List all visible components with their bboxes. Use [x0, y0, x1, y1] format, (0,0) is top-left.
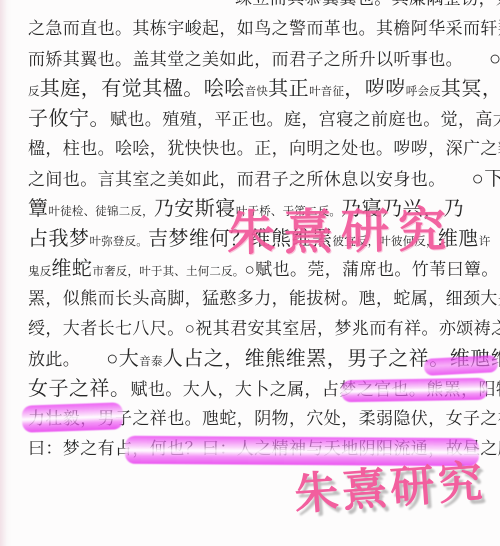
text-line: 放此。○大音泰人占之，维熊维罴，男子之祥。维虺维蛇，	[28, 344, 498, 374]
text-line: 子攸宁。赋也。殖殖，平正也。庭，宫寝之前庭也。觉，高大而直也。	[28, 104, 498, 134]
text-lines: 竦立而其恭翼翼也。其廉隅整饬，如矢之急而直也。其栋宇峻起，如鸟之警而革也。其檐阿…	[28, 0, 498, 464]
text-segment: ○下莞	[472, 168, 500, 190]
text-segment: 罴，似熊而长头高脚，猛憨多力，能拔树。虺，蛇属，细颈大头，色如文	[28, 289, 500, 308]
text-line: 绶，大者长七八尺。○祝其君安其室居，梦兆而有祥。亦颂祷之词也。下章	[28, 314, 498, 344]
phonetic-annotation: 呼会反	[406, 86, 441, 98]
phonetic-annotation: 许	[479, 236, 491, 248]
text-segment: 之急而直也。其栋宇峻起，如鸟之警而革也。其檐阿华采而轩翔，如翚之飞	[28, 19, 500, 38]
text-line: 鬼反维蛇市奢反，叶于其、土何二反。○赋也。莞，蒲席也。竹苇曰簟。	[28, 254, 498, 284]
text-segment: 力壮毅，男子之祥也。虺蛇，阴物，穴处，柔弱隐伏，女子之祥也。○或	[28, 409, 500, 428]
text-segment: 簟	[28, 198, 49, 220]
phonetic-annotation: 音快	[245, 86, 268, 98]
phonetic-annotation: 叶音征	[309, 86, 344, 98]
text-segment: 乃寝乃兴，乃	[341, 198, 464, 220]
phonetic-annotation: 音泰	[139, 356, 162, 368]
text-segment: 曰：梦之有占，何也？曰：人之精神与天地阴阳流通，故昼之所为、夜之所	[28, 439, 500, 458]
text-line: 之急而直也。其栋宇峻起，如鸟之警而革也。其檐阿华采而轩翔，如翚之飞	[28, 14, 498, 44]
text-segment: 放此。	[28, 350, 80, 369]
page-edge-shadow	[0, 0, 12, 546]
text-segment: 维蛇	[51, 258, 92, 280]
text-segment: 维虺	[438, 228, 479, 250]
text-line: 竦立而其恭翼翼也。其廉隅整饬，如矢	[28, 0, 498, 14]
text-line: 曰：梦之有占，何也？曰：人之精神与天地阴阳流通，故昼之所为、夜之所	[28, 434, 498, 464]
text-segment: ○殖殖	[489, 48, 500, 70]
text-segment: 而矫其翼也。盖其堂之美如此，而君子之所升以听事也。	[28, 50, 463, 69]
text-segment: 占我梦	[28, 228, 90, 250]
phonetic-annotation: 叶徒检、徒锦二反，	[49, 206, 154, 218]
text-segment: ，哕哕	[344, 78, 406, 100]
phonetic-annotation: 鬼反	[28, 266, 51, 278]
scanned-page: 竦立而其恭翼翼也。其廉隅整饬，如矢之急而直也。其栋宇峻起，如鸟之警而革也。其檐阿…	[0, 0, 500, 546]
text-line: 女子之祥。赋也。大人，大卜之属，占梦之官也。熊罴，阳物，在山，强	[28, 374, 498, 404]
text-line: 罴，似熊而长头高脚，猛憨多力，能拔树。虺，蛇属，细颈大头，色如文	[28, 284, 498, 314]
text-line: 而矫其翼也。盖其堂之美如此，而君子之所升以听事也。○殖殖市力	[28, 44, 498, 74]
text-segment: ○大	[106, 348, 139, 370]
text-segment: 吉梦维何？维熊维罴	[148, 228, 333, 250]
text-segment: 女子之祥。	[28, 378, 131, 400]
text-segment: 竦立而其恭翼翼也。其廉隅整饬，如矢	[235, 0, 500, 8]
text-segment: 其庭，有觉其楹。哙哙	[40, 78, 245, 100]
text-segment: 绶，大者长七八尺。○祝其君安其室居，梦兆而有祥。亦颂祷之词也。下章	[28, 319, 500, 338]
text-segment: 之间也。言其室之美如此，而君子之所休息以安身也。	[28, 170, 446, 189]
text-segment: 人占之，维熊维罴，男子之祥。维虺维蛇，	[163, 348, 500, 370]
text-segment: 赋也。大人，大卜之属，占梦之官也。熊罴，阳物，在山，强	[131, 380, 500, 399]
phonetic-annotation: 市奢反，叶于其、土何二反。	[92, 266, 244, 278]
text-segment: 乃安斯寝	[154, 198, 236, 220]
phonetic-annotation: 叶弥登反。	[90, 236, 149, 248]
text-line: 力壮毅，男子之祥也。虺蛇，阴物，穴处，柔弱隐伏，女子之祥也。○或	[28, 404, 498, 434]
text-line: 占我梦叶弥登反。吉梦维何？维熊维罴彼宜反，叶彼何反，维虺许	[28, 224, 498, 254]
text-line: 簟叶徒检、徒锦二反，乃安斯寝叶于桥、于笫二反。乃寝乃兴，乃	[28, 194, 498, 224]
text-line: 楹，柱也。哙哙，犹快快也。正，向明之处也。哕哕，深广之貌。冥，奥窔	[28, 134, 498, 164]
text-segment: 赋也。殖殖，平正也。庭，宫寝之前庭也。觉，高大而直也。	[110, 110, 500, 129]
text-segment: 楹，柱也。哙哙，犹快快也。正，向明之处也。哕哕，深广之貌。冥，奥窔	[28, 139, 500, 158]
phonetic-annotation: 彼宜反，叶彼何反，	[333, 236, 438, 248]
phonetic-annotation: 叶于桥、于笫二反。	[236, 206, 341, 218]
phonetic-annotation: 反	[28, 86, 40, 98]
text-segment: ○赋也。莞，蒲席也。竹苇曰簟。	[245, 260, 499, 279]
text-segment: 子攸宁。	[28, 108, 110, 130]
text-line: 之间也。言其室之美如此，而君子之所休息以安身也。○下莞音官上	[28, 164, 498, 194]
text-segment: 其正	[268, 78, 309, 100]
text-segment: 其冥，君	[441, 78, 500, 100]
text-line: 反其庭，有觉其楹。哙哙音快其正叶音征，哕哕呼会反其冥，君	[28, 74, 498, 104]
